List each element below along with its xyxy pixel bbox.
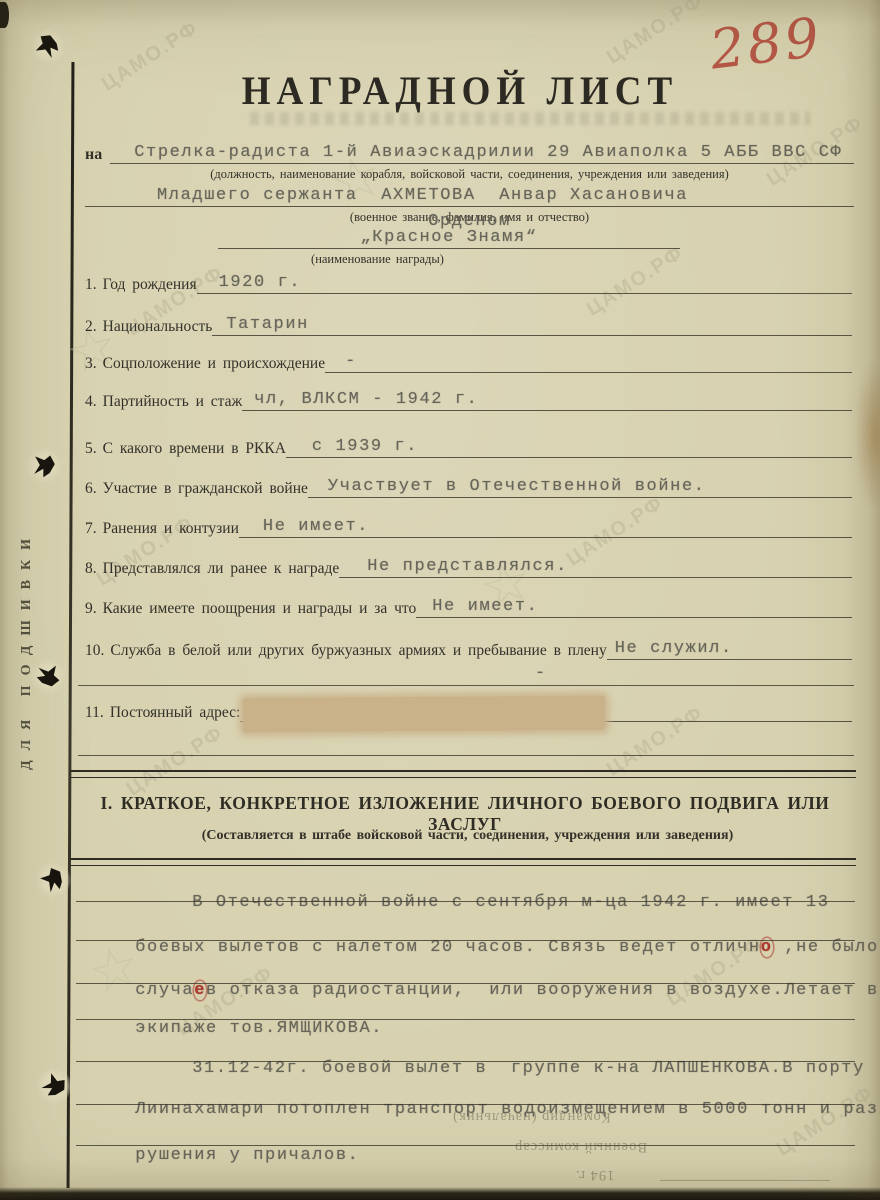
field-label: Участие в гражданской войне xyxy=(103,480,308,498)
binding-margin-text: ДЛЯ ПОДШИВКИ xyxy=(19,478,35,770)
field-party-membership: 4. Партийность и стаж чл, ВЛКСМ - 1942 г… xyxy=(85,381,852,411)
field-label: Служба в белой или других буржуазных арм… xyxy=(110,642,606,660)
field-number: 3. xyxy=(85,355,103,373)
field-number: 6. xyxy=(85,480,103,498)
name-value: Младшего сержанта АХМЕТОВА Анвар Хасанов… xyxy=(85,186,688,205)
writing-rule xyxy=(76,1145,855,1146)
field-nationality: 2. Национальность Татарин xyxy=(85,306,852,336)
field-number: 4. xyxy=(85,393,103,411)
award-sheet-scan: ДЛЯ ПОДШИВКИ ЦАМО.РФ ЦАМО.РФ ЦАМО.РФ ЦАМ… xyxy=(0,0,880,1200)
field-rkka-since: 5. С какого времени в РККА с 1939 г. xyxy=(85,428,852,458)
writing-rule xyxy=(76,1061,855,1062)
field-value: Не имеет. xyxy=(239,517,369,536)
field-number: 1. xyxy=(85,276,103,294)
field-number: 10. xyxy=(85,642,110,660)
punch-hole xyxy=(26,448,62,484)
field-label: Партийность и стаж xyxy=(103,393,243,411)
field-label: Постоянный адрес: xyxy=(110,704,241,722)
showthrough-commander-label: Командир (начальник) xyxy=(452,1108,611,1125)
combat-text-line: рушения у причалов. xyxy=(88,1127,359,1184)
scan-bottom-edge xyxy=(0,1187,880,1200)
redaction-blob xyxy=(243,696,605,733)
document-title: НАГРАДНОЙ ЛИСТ xyxy=(90,68,830,114)
writing-rule xyxy=(76,1104,855,1105)
position-row: на Стрелка-радиста 1-й Авиаэскадрилии 29… xyxy=(85,132,854,164)
field-value: с 1939 г. xyxy=(286,437,418,456)
line-text: экипаже тов.ЯМЩИКОВА. xyxy=(135,1019,383,1038)
field-previous-awards-nomination: 8. Представлялся ли ранее к награде Не п… xyxy=(85,548,852,578)
section-divider-rule xyxy=(70,770,856,778)
section-one-subheading: (Составляется в штабе войсковой части, с… xyxy=(85,828,850,844)
field-number: 5. xyxy=(85,440,103,458)
for-label: на xyxy=(85,146,110,164)
field-label: Ранения и контузии xyxy=(103,520,239,538)
field-label: Какие имеете поощрения и награды и за чт… xyxy=(103,600,417,618)
field-wounds: 7. Ранения и контузии Не имеет. xyxy=(85,508,852,538)
field-value: чл, ВЛКСМ - 1942 г. xyxy=(242,390,478,409)
position-value: Стрелка-радиста 1-й Авиаэскадрилии 29 Ав… xyxy=(110,143,842,162)
field-label: Национальность xyxy=(103,318,213,336)
field-commendations: 9. Какие имеете поощрения и награды и за… xyxy=(85,588,852,618)
scan-edge-speck xyxy=(0,2,9,28)
punch-hole xyxy=(35,862,71,898)
field-number: 7. xyxy=(85,520,103,538)
award-name: „Красное Знамя“ xyxy=(360,228,537,247)
field-white-army-service: 10. Служба в белой или других буржуазных… xyxy=(85,630,852,660)
field-social-position: 3. Соцположение и происхождение - xyxy=(85,343,852,373)
blank-rule xyxy=(78,685,854,686)
field-number: 11. xyxy=(85,704,110,722)
field-value: Татарин xyxy=(212,315,309,334)
binding-rule-line xyxy=(67,62,75,1188)
writing-rule xyxy=(76,983,855,984)
punch-hole xyxy=(30,658,66,694)
field-value: Не представлялся. xyxy=(339,557,568,576)
showthrough-year-blank: 194 г. xyxy=(575,1166,614,1183)
field-label: Год рождения xyxy=(103,276,197,294)
field-value: Не имеет. xyxy=(416,597,538,616)
field-value: - xyxy=(325,352,357,371)
watermark-camo: ЦАМО.РФ xyxy=(123,722,229,802)
showthrough-rule xyxy=(660,1180,830,1181)
watermark-camo: ЦАМО.РФ xyxy=(603,0,709,69)
field-value: Не служил. xyxy=(607,639,733,658)
field-label: Соцположение и происхождение xyxy=(103,355,325,373)
punch-hole xyxy=(36,1068,72,1104)
punch-hole xyxy=(30,28,66,64)
writing-rule xyxy=(76,1019,855,1020)
field-birth-year: 1. Год рождения 1920 г. xyxy=(85,264,852,294)
line-text: рушения у причалов. xyxy=(135,1146,359,1165)
section-divider-rule xyxy=(70,858,856,866)
field-civil-war: 6. Участие в гражданской войне Участвует… xyxy=(85,468,852,498)
field-number: 2. xyxy=(85,318,103,336)
field-10-dash: - xyxy=(535,664,547,683)
line-text: В Отечественной войне с сентября м-ца 19… xyxy=(192,893,829,912)
field-label: С какого времени в РККА xyxy=(103,440,286,458)
award-row: „Красное Знамя“ xyxy=(218,219,680,249)
showthrough-commissar-label: Военный комиссар xyxy=(514,1138,647,1155)
blank-rule xyxy=(78,755,854,756)
field-number: 8. xyxy=(85,560,103,578)
writing-rule xyxy=(76,901,855,902)
field-label: Представлялся ли ранее к награде xyxy=(103,560,340,578)
field-value: 1920 г. xyxy=(197,273,302,292)
name-row: Младшего сержанта АХМЕТОВА Анвар Хасанов… xyxy=(85,176,854,207)
paper-stain xyxy=(854,360,880,510)
field-number: 9. xyxy=(85,600,103,618)
field-value: Участвует в Отечественной войне. xyxy=(308,477,706,496)
writing-rule xyxy=(76,940,855,941)
